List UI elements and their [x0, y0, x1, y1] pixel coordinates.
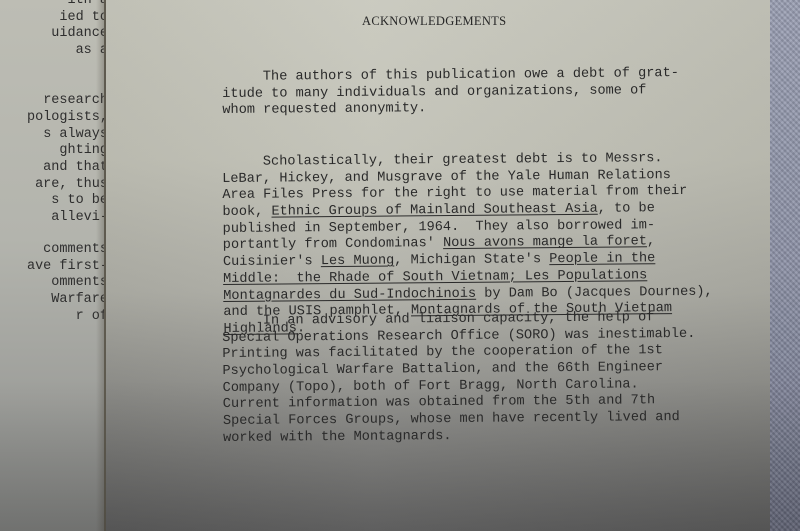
- text-line: r of: [0, 308, 108, 325]
- left-page: ith aied touidance as aresearchpologists…: [0, 0, 106, 531]
- text-line: ith a: [0, 0, 108, 9]
- text-segment: book,: [222, 205, 271, 220]
- underlined-title: Middle: the Rhade of South Vietnam; Les …: [223, 268, 647, 287]
- text-segment: Cuisinier's: [223, 254, 321, 270]
- text-segment: by Dam Bo (Jacques Dournes),: [476, 284, 713, 301]
- text-segment: , Michigan State's: [394, 252, 549, 268]
- text-line: as a: [0, 42, 108, 59]
- text-line: [0, 75, 108, 92]
- text-line: Warfare: [0, 291, 108, 308]
- underlined-title: People in the: [549, 251, 655, 267]
- underlined-title: Les Muong: [321, 254, 395, 270]
- paragraph-authors-debt: The authors of this publication owe a de…: [222, 66, 692, 120]
- text-line: s always: [0, 126, 108, 143]
- text-line: uidance: [0, 25, 108, 42]
- underlined-title: Ethnic Groups of Mainland Southeast Asia: [271, 202, 597, 220]
- text-segment: LeBar, Hickey, and Musgrave of the Yale …: [222, 168, 671, 187]
- text-segment: Area Files Press for the right to use ma…: [222, 184, 687, 203]
- underlined-title: Montagnardes du Sud-Indochinois: [223, 286, 476, 303]
- paragraph-advisory-help: In an advisory and liaison capacity, the…: [222, 310, 693, 448]
- text-line: ied to: [0, 9, 108, 26]
- background-fabric: [765, 0, 800, 531]
- text-line: omments: [0, 274, 108, 291]
- left-page-text-block-1: ith aied touidance as aresearchpologists…: [0, 0, 108, 226]
- text-line: comments: [0, 241, 108, 258]
- text-line: research: [0, 92, 108, 109]
- text-line: s to be: [0, 192, 108, 209]
- text-line: and that: [0, 159, 108, 176]
- text-segment: , to be: [598, 201, 655, 216]
- text-line: ghting: [0, 142, 108, 159]
- text-segment: portantly from Condominas': [223, 237, 443, 254]
- text-line: allevi-: [0, 209, 108, 226]
- underlined-title: Nous avons mange la foret: [443, 235, 647, 252]
- text-segment: ,: [647, 235, 655, 250]
- book-photo: ith aied touidance as aresearchpologists…: [0, 0, 800, 531]
- text-line: [0, 59, 108, 76]
- left-page-text-block-2: commentsave first-ommentsWarfarer of: [0, 241, 108, 324]
- text-line: pologists,: [0, 109, 108, 126]
- page-heading: ACKNOWLEDGEMENTS: [362, 14, 506, 29]
- text-line: ave first-: [0, 258, 108, 275]
- text-line: are, thus: [0, 176, 108, 193]
- text-segment: published in September, 1964. They also …: [223, 218, 655, 237]
- text-segment: Scholastically, their greatest debt is t…: [222, 151, 663, 170]
